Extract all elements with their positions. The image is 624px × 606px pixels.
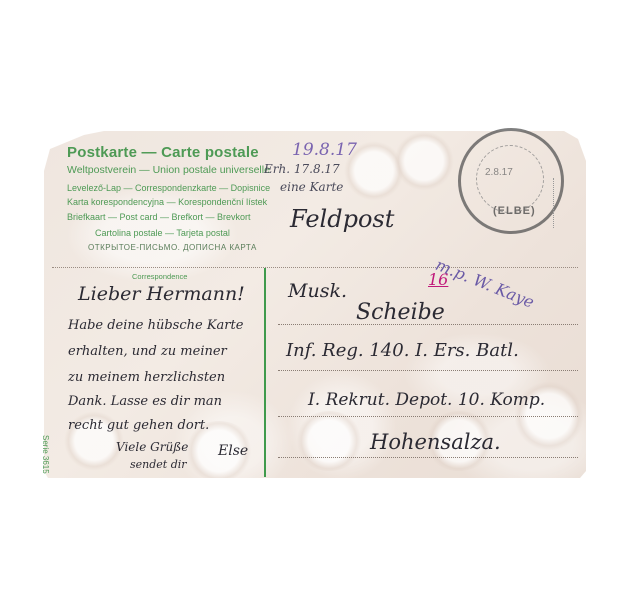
header-divider bbox=[52, 267, 578, 268]
message-greeting: Viele Grüße bbox=[116, 440, 188, 454]
postmark: 2.8.17 (ELBE) bbox=[458, 128, 564, 234]
serie-label: Serie 3615 bbox=[41, 435, 50, 474]
message-signature: Else bbox=[218, 443, 248, 459]
correspondence-label: Correspondence bbox=[132, 272, 187, 281]
address-city: Hohensalza. bbox=[370, 430, 501, 454]
postmark-date: 2.8.17 bbox=[485, 167, 513, 178]
header-line-1: Weltpostverein — Union postale universel… bbox=[67, 164, 270, 176]
answered-note: eine Karte bbox=[280, 180, 343, 194]
address-line-1 bbox=[278, 324, 578, 325]
date-stamp: 19.8.17 bbox=[292, 140, 357, 160]
postmark-place: (ELBE) bbox=[493, 205, 536, 217]
message-closing: sendet dir bbox=[130, 458, 187, 471]
address-depot: I. Rekrut. Depot. 10. Komp. bbox=[308, 390, 545, 410]
message-line: zu meinem herzlichsten bbox=[68, 370, 225, 385]
message-line: recht gut gehen dort. bbox=[68, 418, 209, 433]
postmark-inner-ring bbox=[476, 145, 544, 213]
vertical-divider bbox=[264, 268, 266, 477]
header-line-6: ОТКРЫТОЕ-ПИСЬМО. ДОПИСНА КАРТА bbox=[88, 243, 257, 252]
feldpost-label: Feldpost bbox=[290, 205, 394, 233]
address-name: Scheibe bbox=[356, 300, 445, 325]
message-line: Habe deine hübsche Karte bbox=[68, 318, 243, 333]
address-line-3 bbox=[278, 416, 578, 417]
header-line-2: Levelező-Lap — Correspondenzkarte — Dopi… bbox=[67, 183, 270, 193]
address-line-4 bbox=[278, 457, 578, 458]
header-line-5: Cartolina postale — Tarjeta postal bbox=[95, 228, 230, 238]
message-line: Dank. Lasse es dir man bbox=[68, 394, 222, 409]
address-regiment: Inf. Reg. 140. I. Ers. Batl. bbox=[286, 340, 519, 361]
stamp-box-edge bbox=[553, 178, 554, 228]
address-line-2 bbox=[278, 370, 578, 371]
postcard-title: Postkarte — Carte postale bbox=[67, 144, 259, 161]
received-note: Erh. 17.8.17 bbox=[264, 162, 340, 176]
header-line-3: Karta korespondencyjna — Korespondenční … bbox=[67, 197, 267, 207]
message-line: erhalten, und zu meiner bbox=[68, 344, 227, 359]
number-mark: 16 bbox=[428, 270, 448, 289]
header-line-4: Briefkaart — Post card — Brefkort — Brev… bbox=[67, 212, 251, 222]
message-salutation: Lieber Hermann! bbox=[78, 283, 245, 305]
address-rank: Musk. bbox=[288, 280, 347, 302]
